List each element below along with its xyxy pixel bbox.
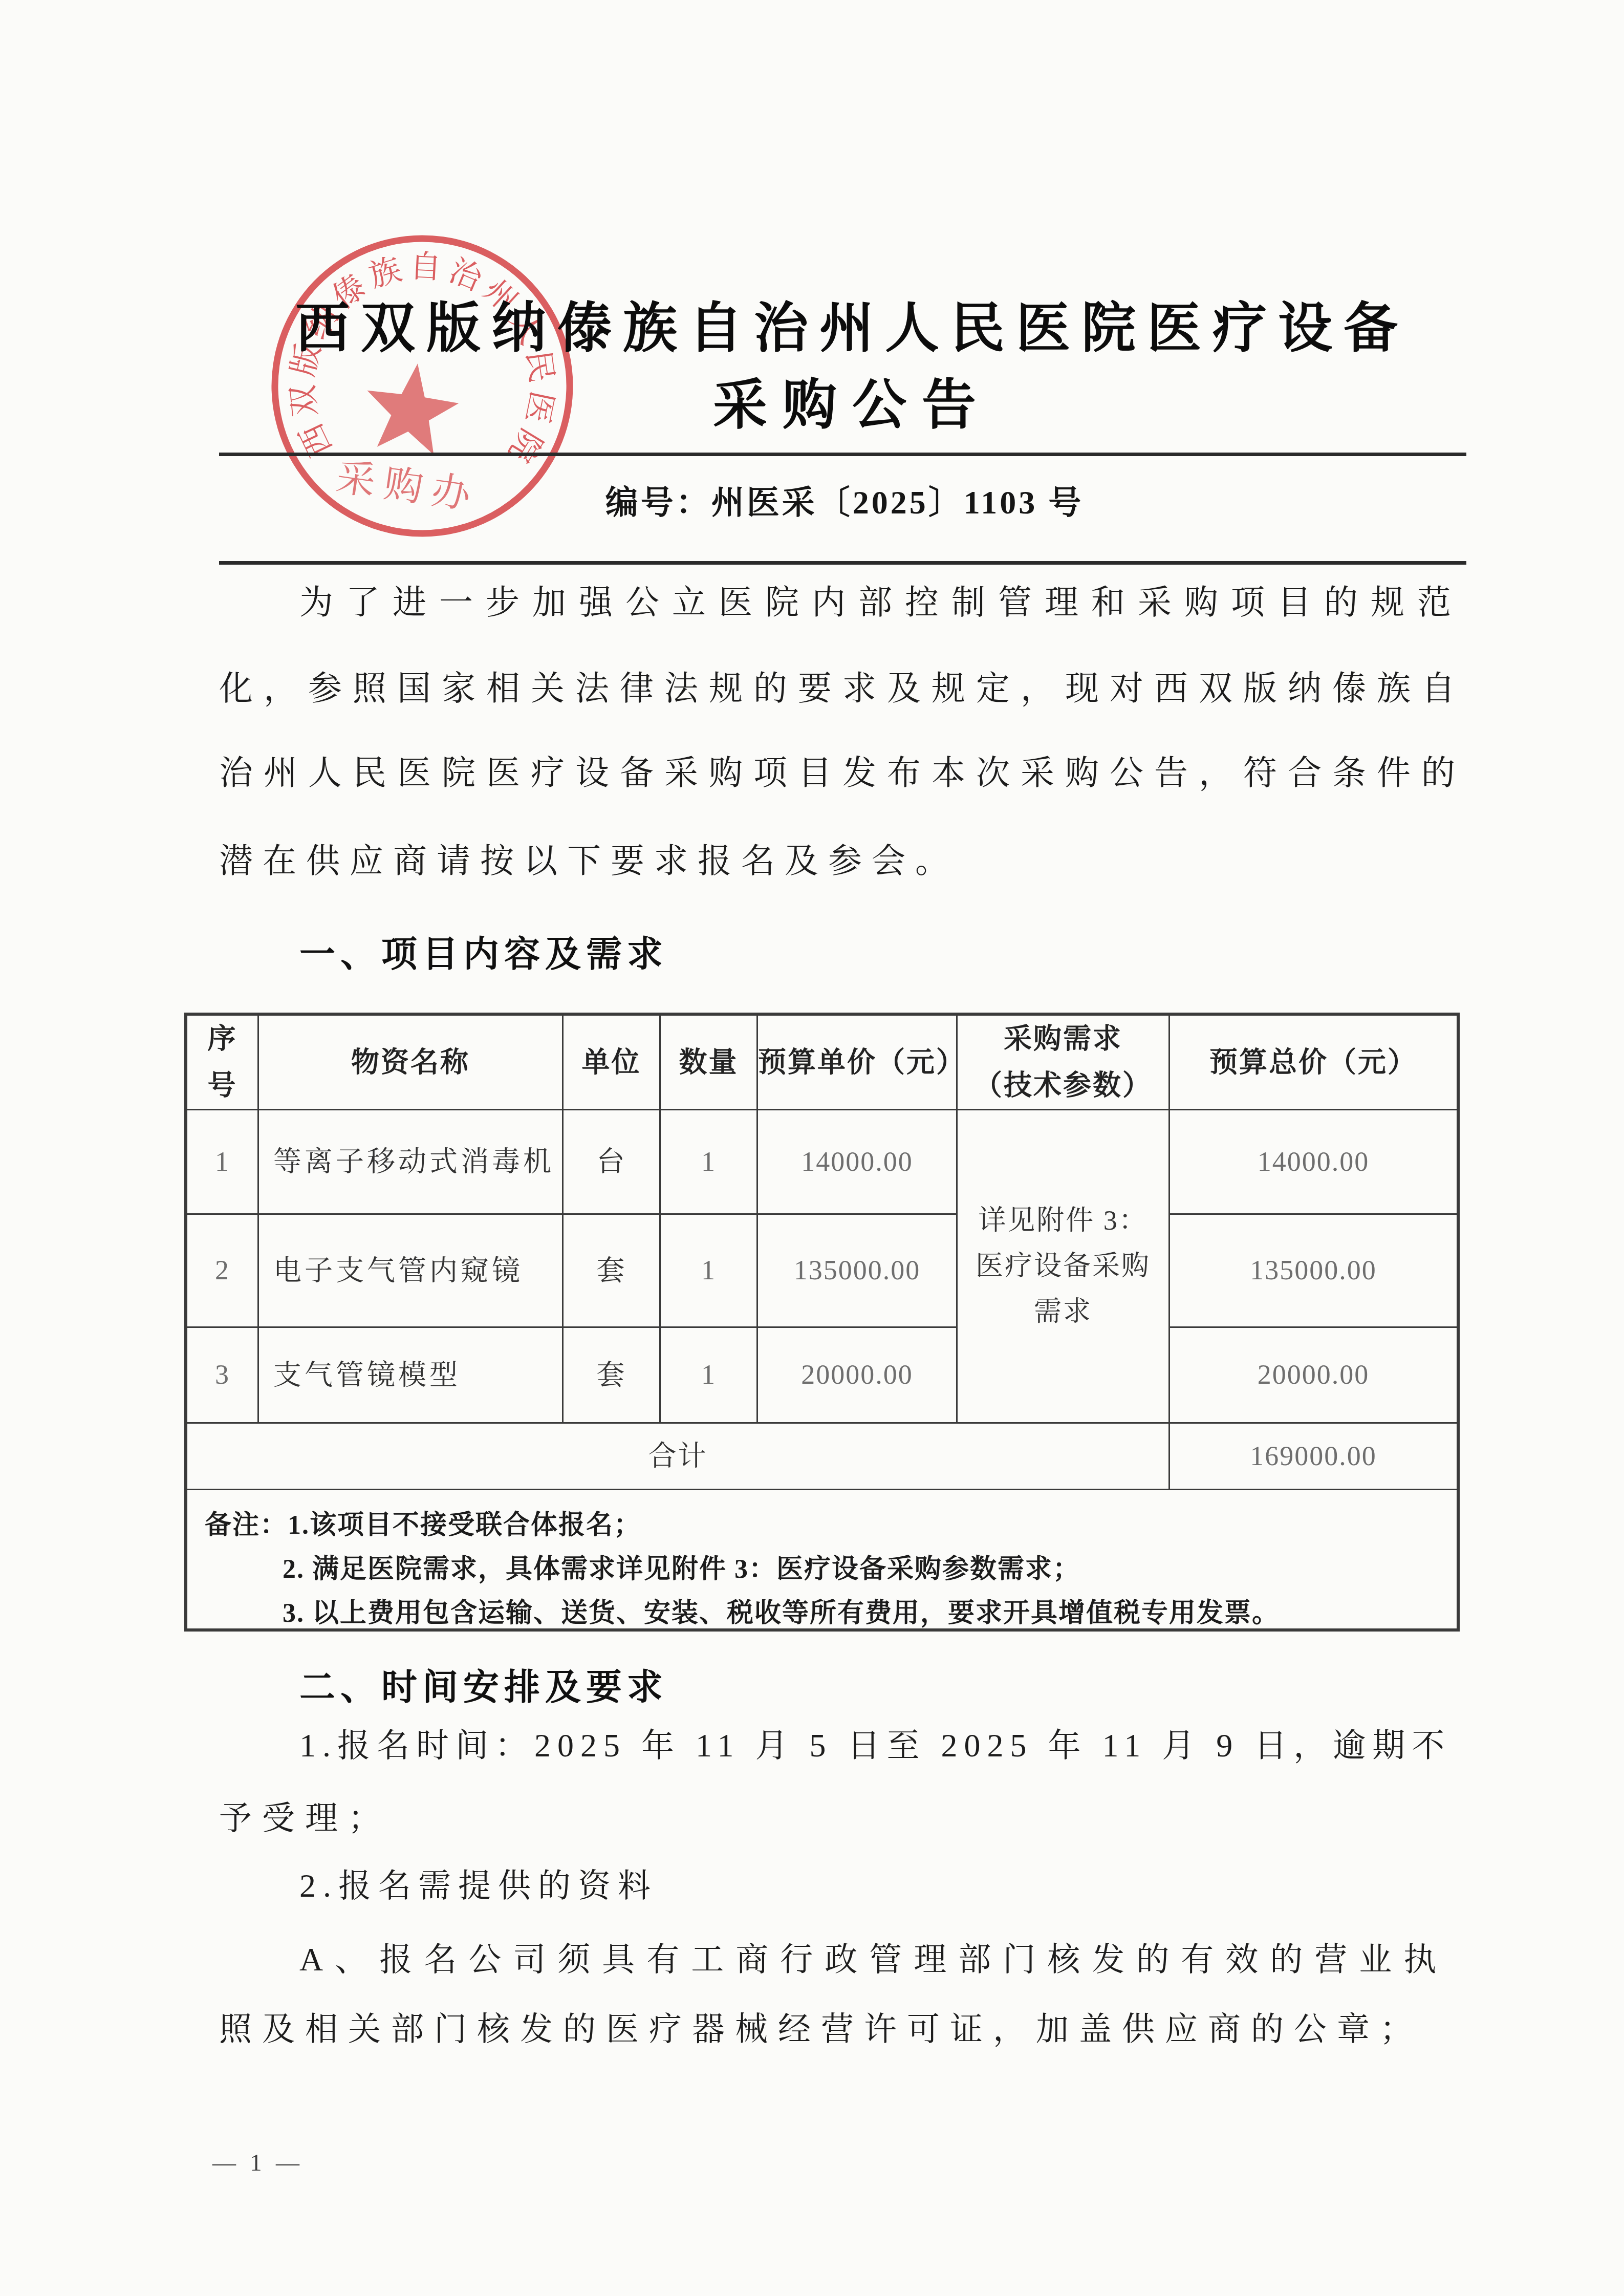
table-row-3-unit-price: 20000.00 <box>758 1328 958 1424</box>
col-header-no: 序 号 <box>187 1016 259 1110</box>
col-header-total-price: 预算总价（元） <box>1170 1016 1457 1110</box>
divider-rule-top <box>219 453 1466 456</box>
col-header-unit-price: 预算单价（元） <box>758 1016 958 1110</box>
intro-line-1: 为了进一步加强公立医院内部控制管理和采购项目的规范 <box>299 581 1464 625</box>
table-requirement-note: 详见附件 3： 医疗设备采购 需求 <box>958 1110 1170 1424</box>
table-row-1-unit-price: 14000.00 <box>758 1110 958 1215</box>
section2-heading: 二、时间安排及要求 <box>299 1659 668 1710</box>
document-page: 西双版纳傣族自治州人民医院 采购办 西双版纳傣族自治州人民医院医疗设备 采购公告… <box>0 0 1624 2296</box>
table-row-2-qty: 1 <box>661 1215 758 1328</box>
section2-line-5: 照及相关部门核发的医疗器械经营许可证，加盖供应商的公章； <box>219 2008 1423 2051</box>
table-row-1-no: 1 <box>187 1110 259 1215</box>
section2-line-4: A、报名公司须具有工商行政管理部门核发的有效的营业执 <box>299 1938 1448 1981</box>
remark-line-1: 备注：1.该项目不接受联合体报名； <box>205 1504 1441 1548</box>
table-row-2-no: 2 <box>187 1215 259 1328</box>
page-number: — 1 — <box>212 2149 304 2176</box>
intro-line-4: 潜在供应商请按以下要求报名及参会。 <box>219 840 959 884</box>
table-row-2-unit: 套 <box>564 1215 661 1328</box>
col-header-qty: 数量 <box>661 1016 758 1110</box>
table-row-3-no: 3 <box>187 1328 259 1424</box>
title-block: 西双版纳傣族自治州人民医院医疗设备 采购公告 <box>220 290 1484 443</box>
table-total-label: 合计 <box>187 1424 1170 1490</box>
section2-line-1: 1.报名时间：2025 年 11 月 5 日至 2025 年 11 月 9 日，… <box>299 1724 1451 1767</box>
table-row-1-name: 等离子移动式消毒机 <box>259 1110 564 1215</box>
section2-line-2: 予受理； <box>219 1797 391 1840</box>
table-row-3-unit: 套 <box>564 1328 661 1424</box>
col-header-name: 物资名称 <box>259 1016 564 1110</box>
table-row-1-total: 14000.00 <box>1170 1110 1457 1215</box>
table-row-2-name: 电子支气管内窥镜 <box>259 1215 564 1328</box>
table-row-2-total: 135000.00 <box>1170 1215 1457 1328</box>
table-row-3-qty: 1 <box>661 1328 758 1424</box>
col-header-requirement: 采购需求 （技术参数） <box>958 1016 1170 1110</box>
document-title-line2: 采购公告 <box>220 367 1484 443</box>
intro-line-3: 治州人民医院医疗设备采购项目发布本次采购公告，符合条件的 <box>219 752 1466 796</box>
table-row-3-total: 20000.00 <box>1170 1328 1457 1424</box>
remark-line-2: 2. 满足医院需求，具体需求详见附件 3：医疗设备采购参数需求； <box>205 1548 1441 1592</box>
procurement-table: 序 号 物资名称 单位 数量 预算单价（元） 采购需求 （技术参数） 预算总价（… <box>184 1013 1460 1632</box>
divider-rule-bottom <box>219 561 1466 565</box>
document-number: 编号：州医采〔2025〕1103 号 <box>220 476 1469 523</box>
intro-line-2: 化，参照国家相关法律法规的要求及规定，现对西双版纳傣族自 <box>219 667 1466 711</box>
table-row-1-unit: 台 <box>564 1110 661 1215</box>
section2-line-3: 2.报名需提供的资料 <box>299 1864 658 1907</box>
table-row-2-unit-price: 135000.00 <box>758 1215 958 1328</box>
table-remarks: 备注：1.该项目不接受联合体报名； 2. 满足医院需求，具体需求详见附件 3：医… <box>187 1490 1457 1628</box>
remark-line-3: 3. 以上费用包含运输、送货、安装、税收等所有费用，要求开具增值税专用发票。 <box>205 1592 1441 1636</box>
table-row-3-name: 支气管镜模型 <box>259 1328 564 1424</box>
document-title-line1: 西双版纳傣族自治州人民医院医疗设备 <box>220 290 1484 367</box>
table-row-1-qty: 1 <box>661 1110 758 1215</box>
table-total-value: 169000.00 <box>1170 1424 1457 1490</box>
section1-heading: 一、项目内容及需求 <box>299 926 668 977</box>
col-header-unit: 单位 <box>564 1016 661 1110</box>
